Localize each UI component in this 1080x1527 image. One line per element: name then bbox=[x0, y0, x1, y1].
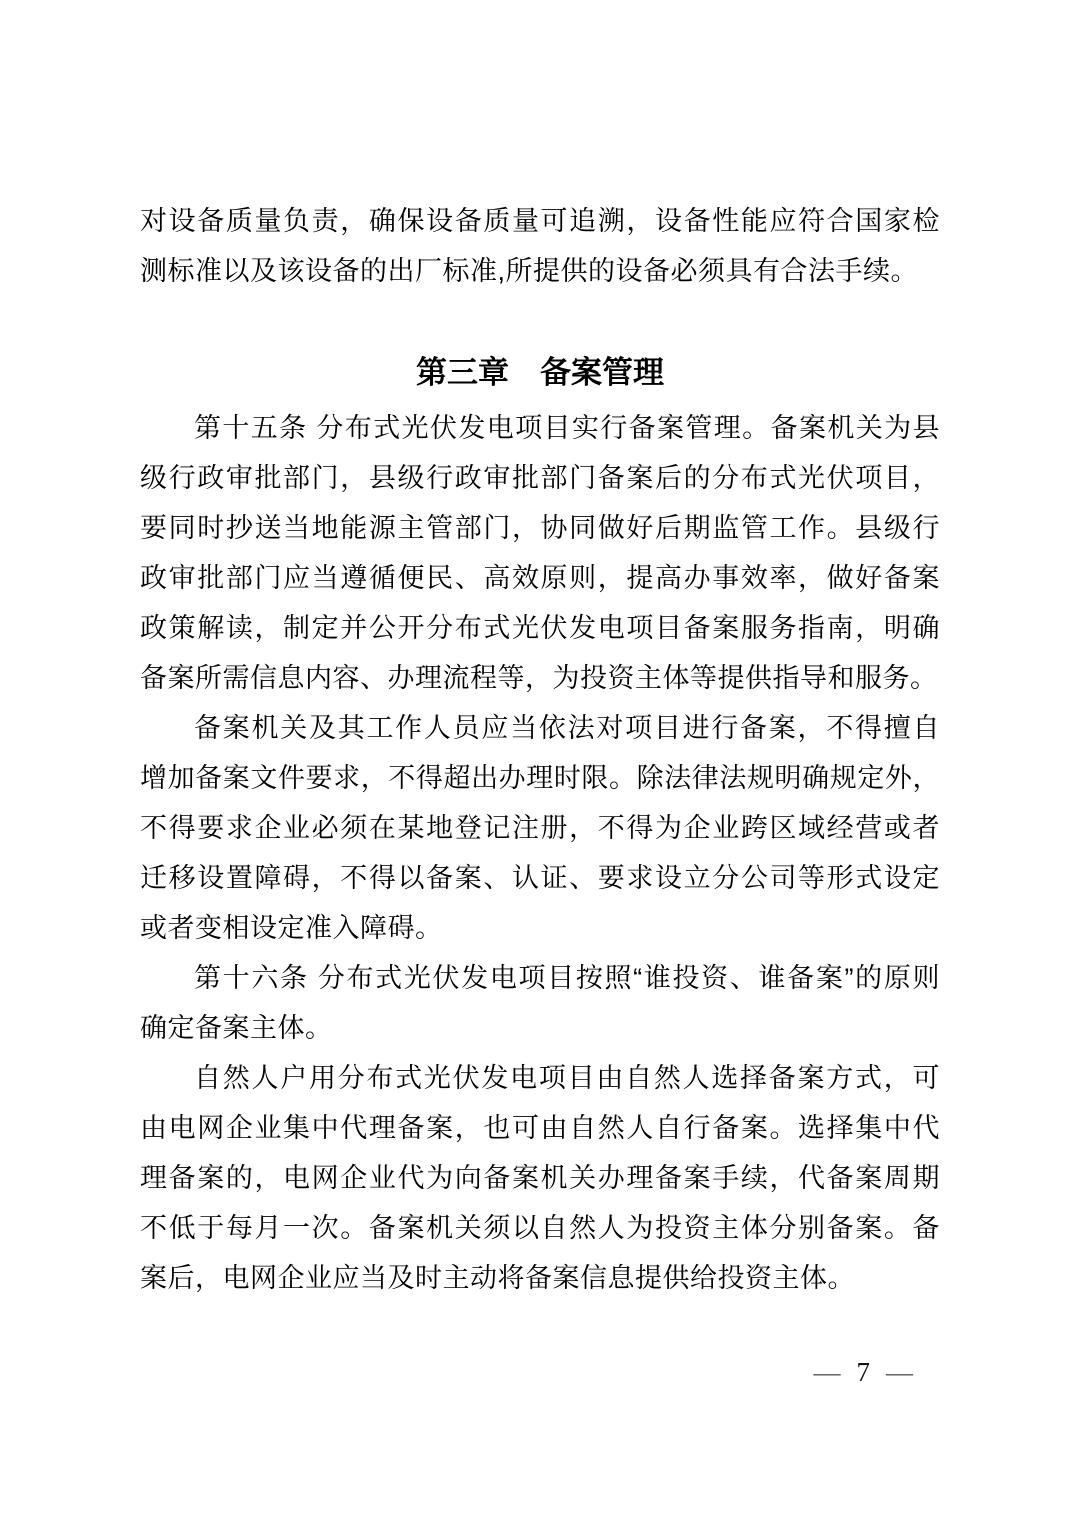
page-footer: —7— bbox=[814, 1352, 914, 1392]
text-line: 备案所需信息内容、办理流程等，为投资主体等提供指导和服务。 bbox=[140, 653, 940, 703]
text-line: 政审批部门应当遵循便民、高效原则，提高办事效率，做好备案 bbox=[140, 553, 940, 603]
text-line: 要同时抄送当地能源主管部门，协同做好后期监管工作。县级行 bbox=[140, 503, 940, 553]
text-line: 备案机关及其工作人员应当依法对项目进行备案，不得擅自 bbox=[140, 703, 940, 753]
text-line: 确定备案主体。 bbox=[140, 1003, 940, 1053]
chapter-heading: 第三章 备案管理 bbox=[140, 348, 940, 398]
text-line: 增加备案文件要求，不得超出办理时限。除法律法规明确规定外， bbox=[140, 753, 940, 803]
text-line: 理备案的，电网企业代为向备案机关办理备案手续，代备案周期 bbox=[140, 1153, 940, 1203]
text-line: 迁移设置障碍，不得以备案、认证、要求设立分公司等形式设定 bbox=[140, 853, 940, 903]
text-line: 级行政审批部门，县级行政审批部门备案后的分布式光伏项目， bbox=[140, 453, 940, 503]
text-line: 自然人户用分布式光伏发电项目由自然人选择备案方式，可 bbox=[140, 1053, 940, 1103]
page-number: 7 bbox=[857, 1357, 871, 1387]
paragraph-article-16: 第十六条 分布式光伏发电项目按照“谁投资、谁备案”的原则 确定备案主体。 bbox=[140, 953, 940, 1053]
text-line: 案后，电网企业应当及时主动将备案信息提供给投资主体。 bbox=[140, 1253, 940, 1303]
text-line: 或者变相设定准入障碍。 bbox=[140, 903, 940, 953]
footer-dash-right: — bbox=[886, 1357, 913, 1387]
text-line: 不低于每月一次。备案机关须以自然人为投资主体分别备案。备 bbox=[140, 1203, 940, 1253]
text-line: 对设备质量负责，确保设备质量可追溯，设备性能应符合国家检 bbox=[140, 196, 940, 246]
paragraph-continuation: 对设备质量负责，确保设备质量可追溯，设备性能应符合国家检 测标准以及该设备的出厂… bbox=[140, 196, 940, 296]
paragraph-article-15-2: 备案机关及其工作人员应当依法对项目进行备案，不得擅自 增加备案文件要求，不得超出… bbox=[140, 703, 940, 953]
document-body: 对设备质量负责，确保设备质量可追溯，设备性能应符合国家检 测标准以及该设备的出厂… bbox=[140, 196, 940, 1303]
text-line: 不得要求企业必须在某地登记注册，不得为企业跨区域经营或者 bbox=[140, 803, 940, 853]
footer-dash-left: — bbox=[814, 1357, 841, 1387]
document-page: 对设备质量负责，确保设备质量可追溯，设备性能应符合国家检 测标准以及该设备的出厂… bbox=[0, 0, 1080, 1527]
paragraph-article-15: 第十五条 分布式光伏发电项目实行备案管理。备案机关为县 级行政审批部门，县级行政… bbox=[140, 403, 940, 703]
paragraph-article-16-2: 自然人户用分布式光伏发电项目由自然人选择备案方式，可 由电网企业集中代理备案，也… bbox=[140, 1053, 940, 1303]
text-line: 测标准以及该设备的出厂标准,所提供的设备必须具有合法手续。 bbox=[140, 246, 940, 296]
text-line: 第十五条 分布式光伏发电项目实行备案管理。备案机关为县 bbox=[140, 403, 940, 453]
text-line: 政策解读，制定并公开分布式光伏发电项目备案服务指南，明确 bbox=[140, 603, 940, 653]
text-line: 第十六条 分布式光伏发电项目按照“谁投资、谁备案”的原则 bbox=[140, 953, 940, 1003]
text-line: 由电网企业集中代理备案，也可由自然人自行备案。选择集中代 bbox=[140, 1103, 940, 1153]
